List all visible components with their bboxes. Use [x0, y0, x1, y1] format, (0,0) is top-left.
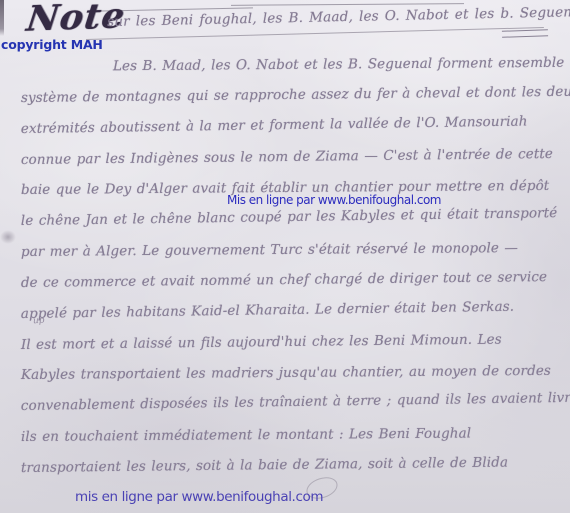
margin-ink-smudge: [0, 230, 16, 244]
manuscript-line: convenablement disposées ils les traînai…: [21, 376, 555, 415]
manuscript-line: transportaient les leurs, soit à la baie…: [21, 440, 555, 477]
manuscript-line: Il est mort et a laissé un fils aujourd'…: [21, 317, 555, 354]
manuscript-line: connue par les Indigènes sous le nom de …: [21, 131, 555, 168]
scan-edge-smudge: [0, 0, 4, 36]
interline-correction-mark: up: [33, 316, 45, 327]
watermark-middle: Mis en ligne par www.benifoughal.com: [227, 193, 441, 207]
seguenal-double-underline: [502, 29, 548, 38]
top-rule-right: [231, 3, 464, 6]
watermark-bottom: mis en ligne par www.benifoughal.com: [75, 489, 323, 505]
manuscript-scan-page: Note sur les Beni foughal, les B. Maad, …: [0, 0, 570, 513]
copyright-overlay: copyright MAH: [1, 37, 103, 52]
manuscript-body: Les B. Maad, les O. Nabot et les B. Segu…: [21, 45, 555, 477]
